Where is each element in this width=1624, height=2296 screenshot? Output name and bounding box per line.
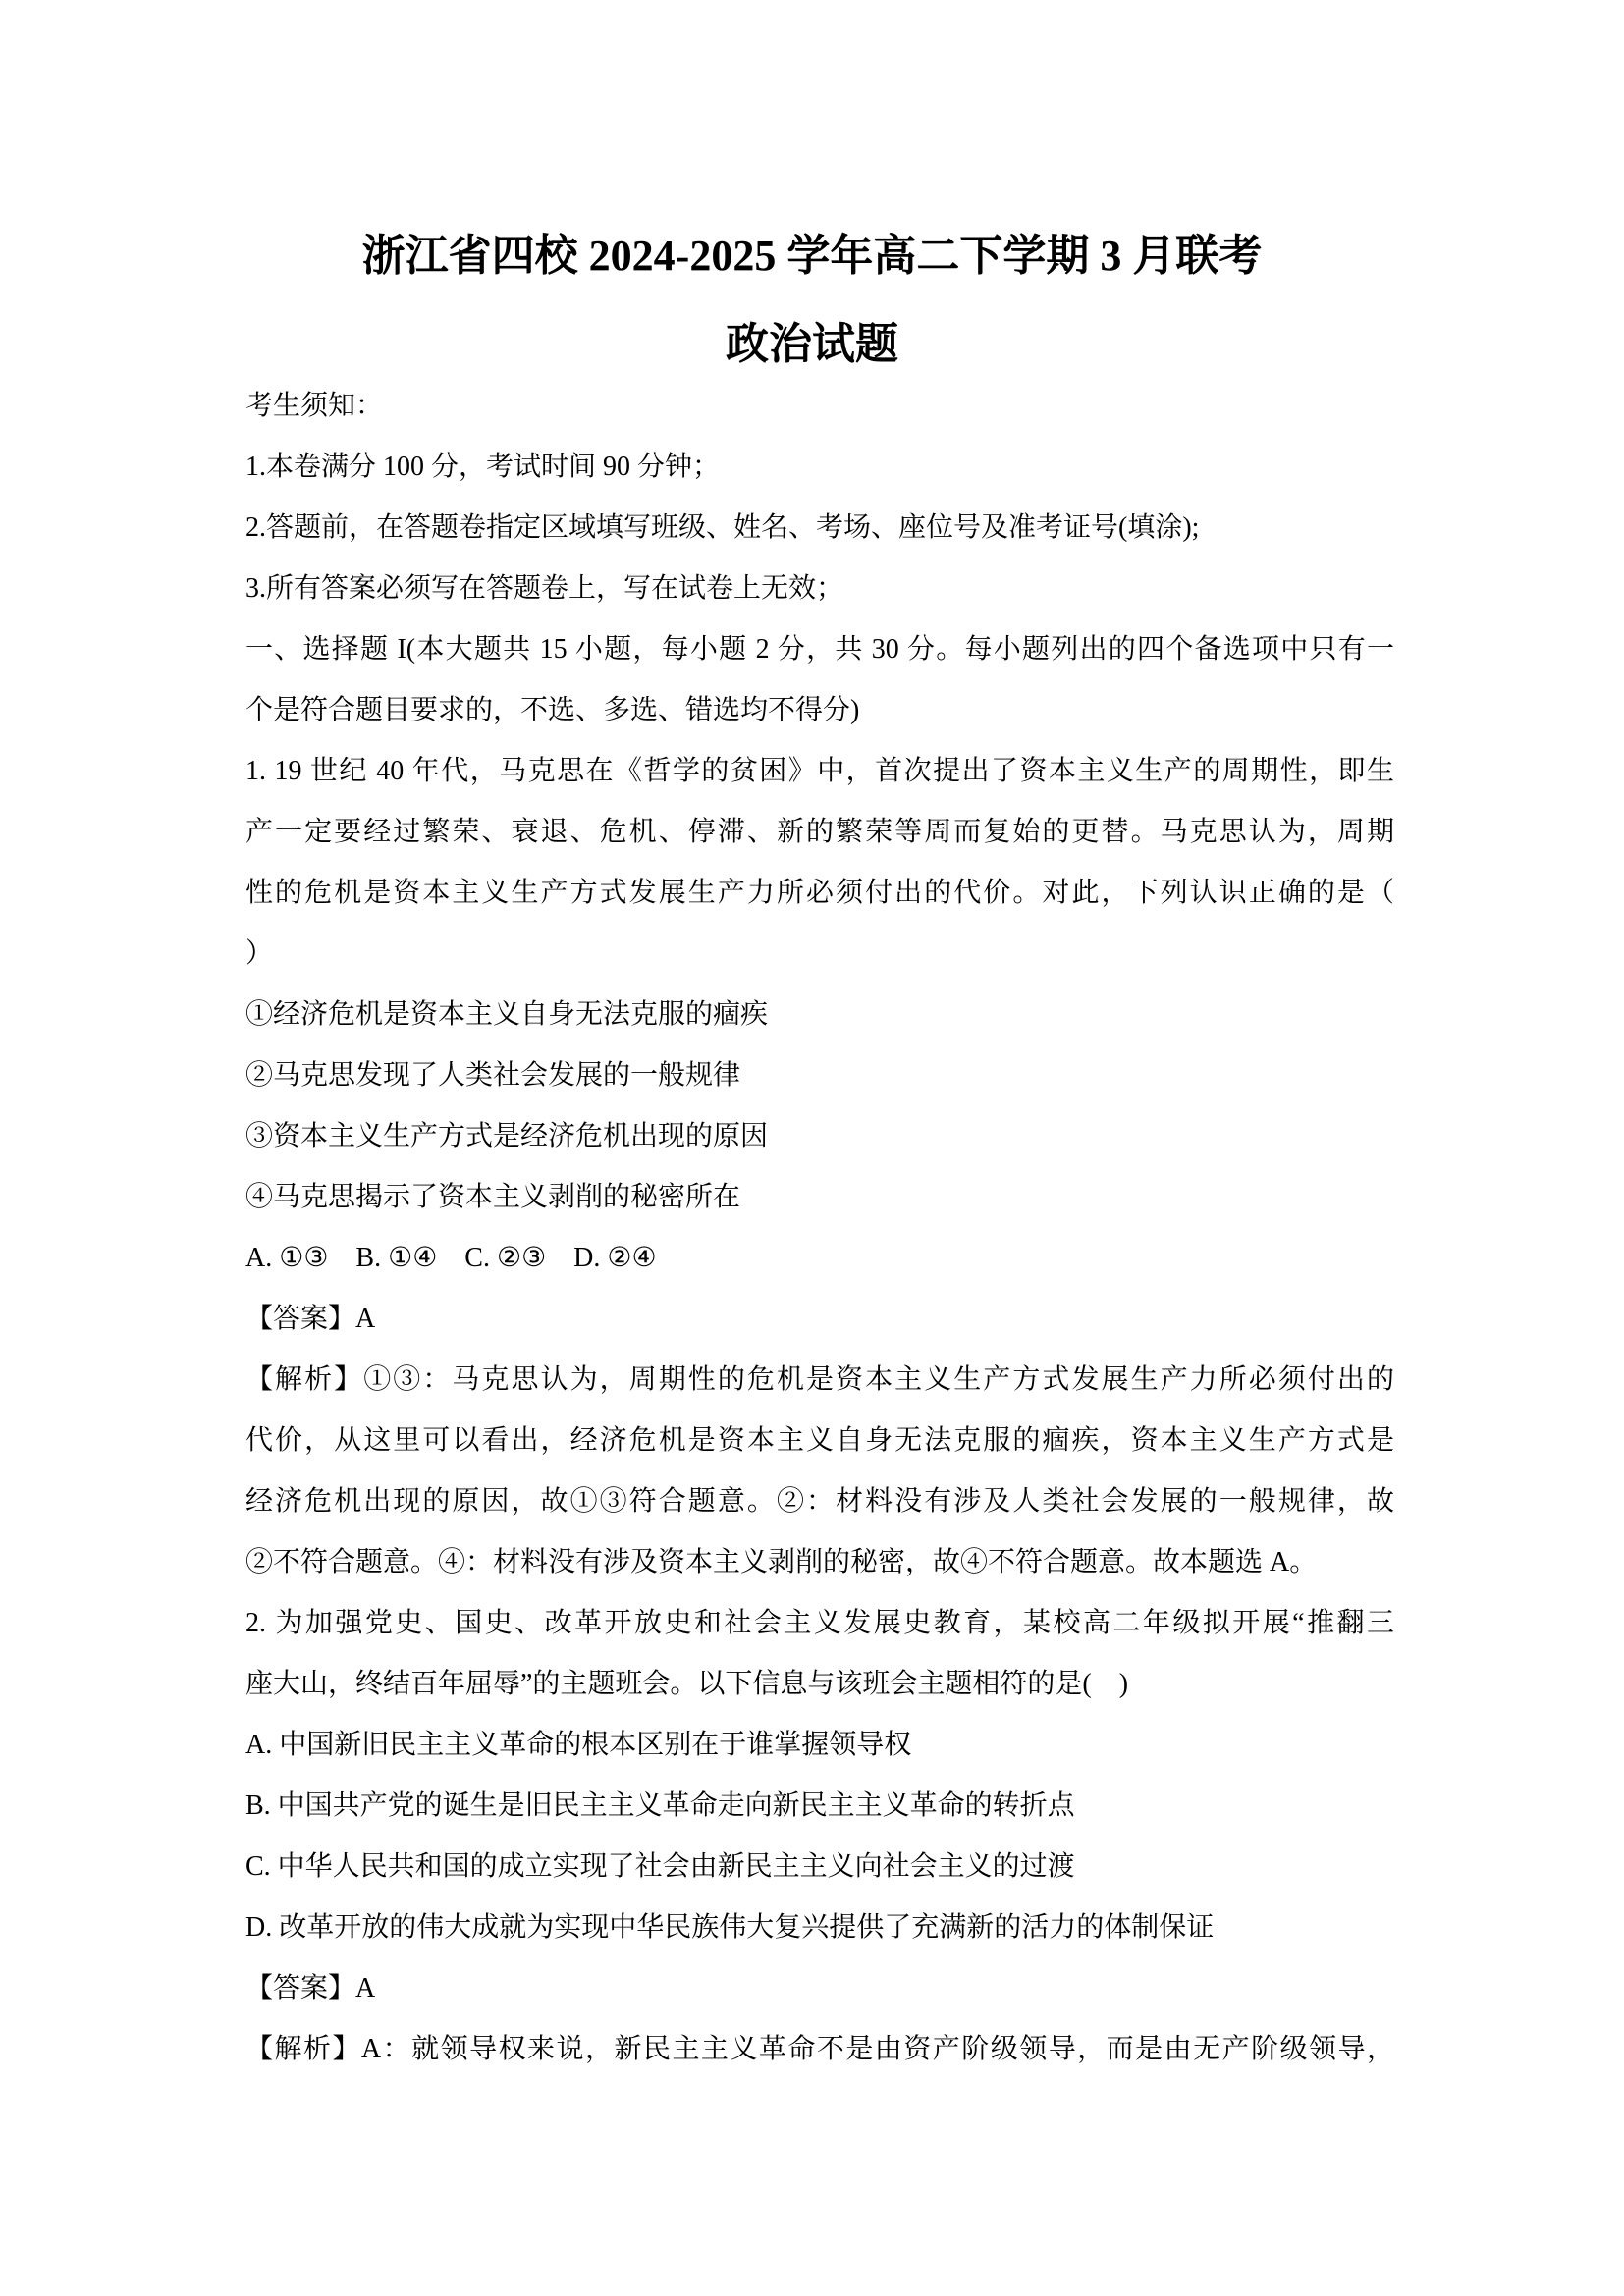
page-title: 浙江省四校 2024-2025 学年高二下学期 3 月联考 bbox=[0, 226, 1624, 287]
notice-item: 1.本卷满分 100 分，考试时间 90 分钟； bbox=[245, 437, 1394, 498]
exam-paper-page: 浙江省四校 2024-2025 学年高二下学期 3 月联考 政治试题 考生须知：… bbox=[0, 0, 1624, 2296]
page-subtitle: 政治试题 bbox=[0, 314, 1624, 375]
document-body: 考生须知： 1.本卷满分 100 分，考试时间 90 分钟； 2.答题前，在答题… bbox=[245, 376, 1394, 2080]
notice-item: 3.所有答案必须写在答题卷上，写在试卷上无效； bbox=[245, 559, 1394, 619]
notice-heading: 考生须知： bbox=[245, 376, 1394, 437]
q2-option-c: C. 中华人民共和国的成立实现了社会由新民主主义向社会主义的过渡 bbox=[245, 1837, 1394, 1897]
q1-choice-2: ②马克思发现了人类社会发展的一般规律 bbox=[245, 1045, 1394, 1106]
q1-stem-line: 性的危机是资本主义生产方式发展生产力所必须付出的代价。对此，下列认识正确的是（ bbox=[245, 863, 1394, 924]
q1-stem-line: ） bbox=[245, 924, 1394, 985]
q1-stem-line: 产一定要经过繁荣、衰退、危机、停滞、新的繁荣等周而复始的更替。马克思认为，周期 bbox=[245, 802, 1394, 863]
q1-stem-line: 1. 19 世纪 40 年代，马克思在《哲学的贫困》中，首次提出了资本主义生产的… bbox=[245, 741, 1394, 802]
q1-analysis-line: 代价，从这里可以看出，经济危机是资本主义自身无法克服的痼疾，资本主义生产方式是 bbox=[245, 1411, 1394, 1471]
q2-answer: 【答案】A bbox=[245, 1958, 1394, 2019]
q1-choice-3: ③资本主义生产方式是经济危机出现的原因 bbox=[245, 1106, 1394, 1167]
q1-analysis-line: 经济危机出现的原因，故①③符合题意。②：材料没有涉及人类社会发展的一般规律，故 bbox=[245, 1471, 1394, 1532]
q2-option-a: A. 中国新旧民主主义革命的根本区别在于谁掌握领导权 bbox=[245, 1715, 1394, 1776]
q1-analysis-line: 【解析】①③：马克思认为，周期性的危机是资本主义生产方式发展生产力所必须付出的 bbox=[245, 1350, 1394, 1411]
q2-option-d: D. 改革开放的伟大成就为实现中华民族伟大复兴提供了充满新的活力的体制保证 bbox=[245, 1897, 1394, 1958]
notice-item: 2.答题前，在答题卷指定区域填写班级、姓名、考场、座位号及准考证号(填涂); bbox=[245, 498, 1394, 559]
q1-choice-1: ①经济危机是资本主义自身无法克服的痼疾 bbox=[245, 985, 1394, 1045]
section-heading-line: 一、选择题 I(本大题共 15 小题，每小题 2 分，共 30 分。每小题列出的… bbox=[245, 619, 1394, 680]
q1-choice-4: ④马克思揭示了资本主义剥削的秘密所在 bbox=[245, 1167, 1394, 1228]
q2-stem-line: 2. 为加强党史、国史、改革开放史和社会主义发展史教育，某校高二年级拟开展“推翻… bbox=[245, 1593, 1394, 1654]
q1-analysis-line: ②不符合题意。④：材料没有涉及资本主义剥削的秘密，故④不符合题意。故本题选 A。 bbox=[245, 1532, 1394, 1593]
q2-analysis-line: 【解析】A：就领导权来说，新民主主义革命不是由资产阶级领导，而是由无产阶级领导， bbox=[245, 2019, 1394, 2080]
q2-option-b: B. 中国共产党的诞生是旧民主主义革命走向新民主主义革命的转折点 bbox=[245, 1776, 1394, 1837]
q1-options-row: A. ①③ B. ①④ C. ②③ D. ②④ bbox=[245, 1228, 1394, 1289]
q1-answer: 【答案】A bbox=[245, 1289, 1394, 1350]
section-heading-line: 个是符合题目要求的，不选、多选、错选均不得分) bbox=[245, 680, 1394, 741]
q2-stem-line: 座大山，终结百年屈辱”的主题班会。以下信息与该班会主题相符的是( ) bbox=[245, 1654, 1394, 1715]
